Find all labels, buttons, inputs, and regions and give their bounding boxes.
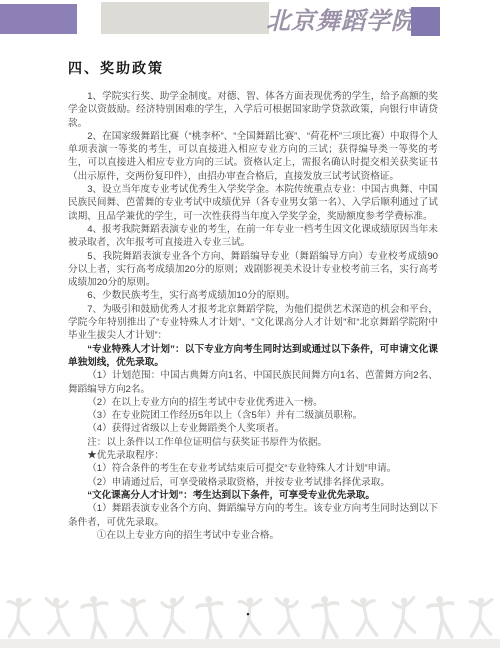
section-title: 四、奖助政策 (68, 58, 438, 78)
dancer-silhouette-icon (6, 594, 32, 640)
plan-special-talent-heading: “专业特殊人才计划”：以下专业方向考生同时达到或通过以下条件，可申请文化课单独划… (68, 343, 438, 370)
procedure-item-2: （2）申请通过后，可享受破格录取资格，并按专业考试排名择优录取。 (68, 476, 438, 489)
dancer-silhouette-icon (391, 594, 417, 640)
plan-item-4: （4）获得过省级以上专业舞蹈类个人奖项者。 (68, 422, 438, 435)
high-score-subitem-1: ①在以上专业方向的招生考试中专业合格。 (68, 529, 438, 542)
plan-note: 注：以上条件以工作单位证明信与获奖证书原件为依据。 (68, 436, 438, 449)
priority-procedure-heading: ★优先录取程序： (68, 449, 438, 462)
bottom-strip (0, 639, 500, 648)
paragraph-5: 5、我院舞蹈表演专业各个方向、舞蹈编导专业（舞蹈编导方向）专业校考成绩90分以上… (68, 250, 438, 290)
plan-item-3: （3）在专业院团工作经历5年以上（含5年）并有二级演员职称。 (68, 409, 438, 422)
dancer-silhouette-icon (352, 594, 378, 640)
dancer-silhouette-icon (83, 594, 109, 640)
page-ornament: ▪ (244, 609, 252, 620)
header-gray-bar (101, 2, 269, 34)
paragraph-1: 1、学院实行奖、助学金制度。对德、智、体各方面表现优秀的学生，给予高额的奖学金以… (68, 90, 438, 130)
plan-item-2: （2）在以上专业方向的招生考试中专业优秀进入一榜。 (68, 396, 438, 409)
dancer-silhouette-icon (468, 594, 494, 640)
paragraph-2: 2、在国家级舞蹈比赛（“桃李杯”、“全国舞蹈比赛”、“荷花杯”三项比赛）中取得个… (68, 130, 438, 183)
paragraph-3: 3、设立当年度专业考试优秀生入学奖学金。本院传统重点专业：中国古典舞、中国民族民… (68, 183, 438, 223)
dancer-silhouette-icon (160, 594, 186, 640)
header-purple-bar (0, 4, 77, 34)
dancer-silhouette-icon (275, 594, 301, 640)
header-purple-square (411, 7, 440, 36)
dancer-silhouette-icon (45, 594, 71, 640)
high-score-item-1: （1）舞蹈表演专业各个方向、舞蹈编导方向的考生。该专业方向考生同时达到以下条件者… (68, 502, 438, 529)
dancer-silhouette-icon (198, 594, 224, 640)
paragraph-7: 7、为吸引和鼓励优秀人才报考北京舞蹈学院，为他们提供艺术深造的机会和平台，学院今… (68, 303, 438, 343)
paragraph-4: 4、报考我院舞蹈表演专业的考生，在前一年专业一档考生因文化课成绩原因当年未被录取… (68, 223, 438, 250)
dancer-silhouette-icon (429, 594, 455, 640)
academy-logo-calligraphy: 北京舞蹈学院 (266, 4, 412, 38)
dancer-silhouette-icon (314, 594, 340, 640)
dancer-silhouette-icon (122, 594, 148, 640)
plan-item-1: （1）计划范围：中国古典舞方向1名、中国民族民间舞方向1名、芭蕾舞方向2名、舞蹈… (68, 369, 438, 396)
main-content: 四、奖助政策 1、学院实行奖、助学金制度。对德、智、体各方面表现优秀的学生，给予… (68, 58, 438, 542)
procedure-item-1: （1）符合条件的考生在专业考试结束后可提交“专业特殊人才计划”申请。 (68, 462, 438, 475)
plan-high-score-heading: “文化课高分人才计划”：考生达到以下条件，可享受专业优先录取。 (68, 489, 438, 502)
paragraph-6: 6、少数民族考生，实行高考成绩加10分的原则。 (68, 289, 438, 302)
document-page: 北京舞蹈学院 四、奖助政策 1、学院实行奖、助学金制度。对德、智、体各方面表现优… (0, 0, 500, 648)
